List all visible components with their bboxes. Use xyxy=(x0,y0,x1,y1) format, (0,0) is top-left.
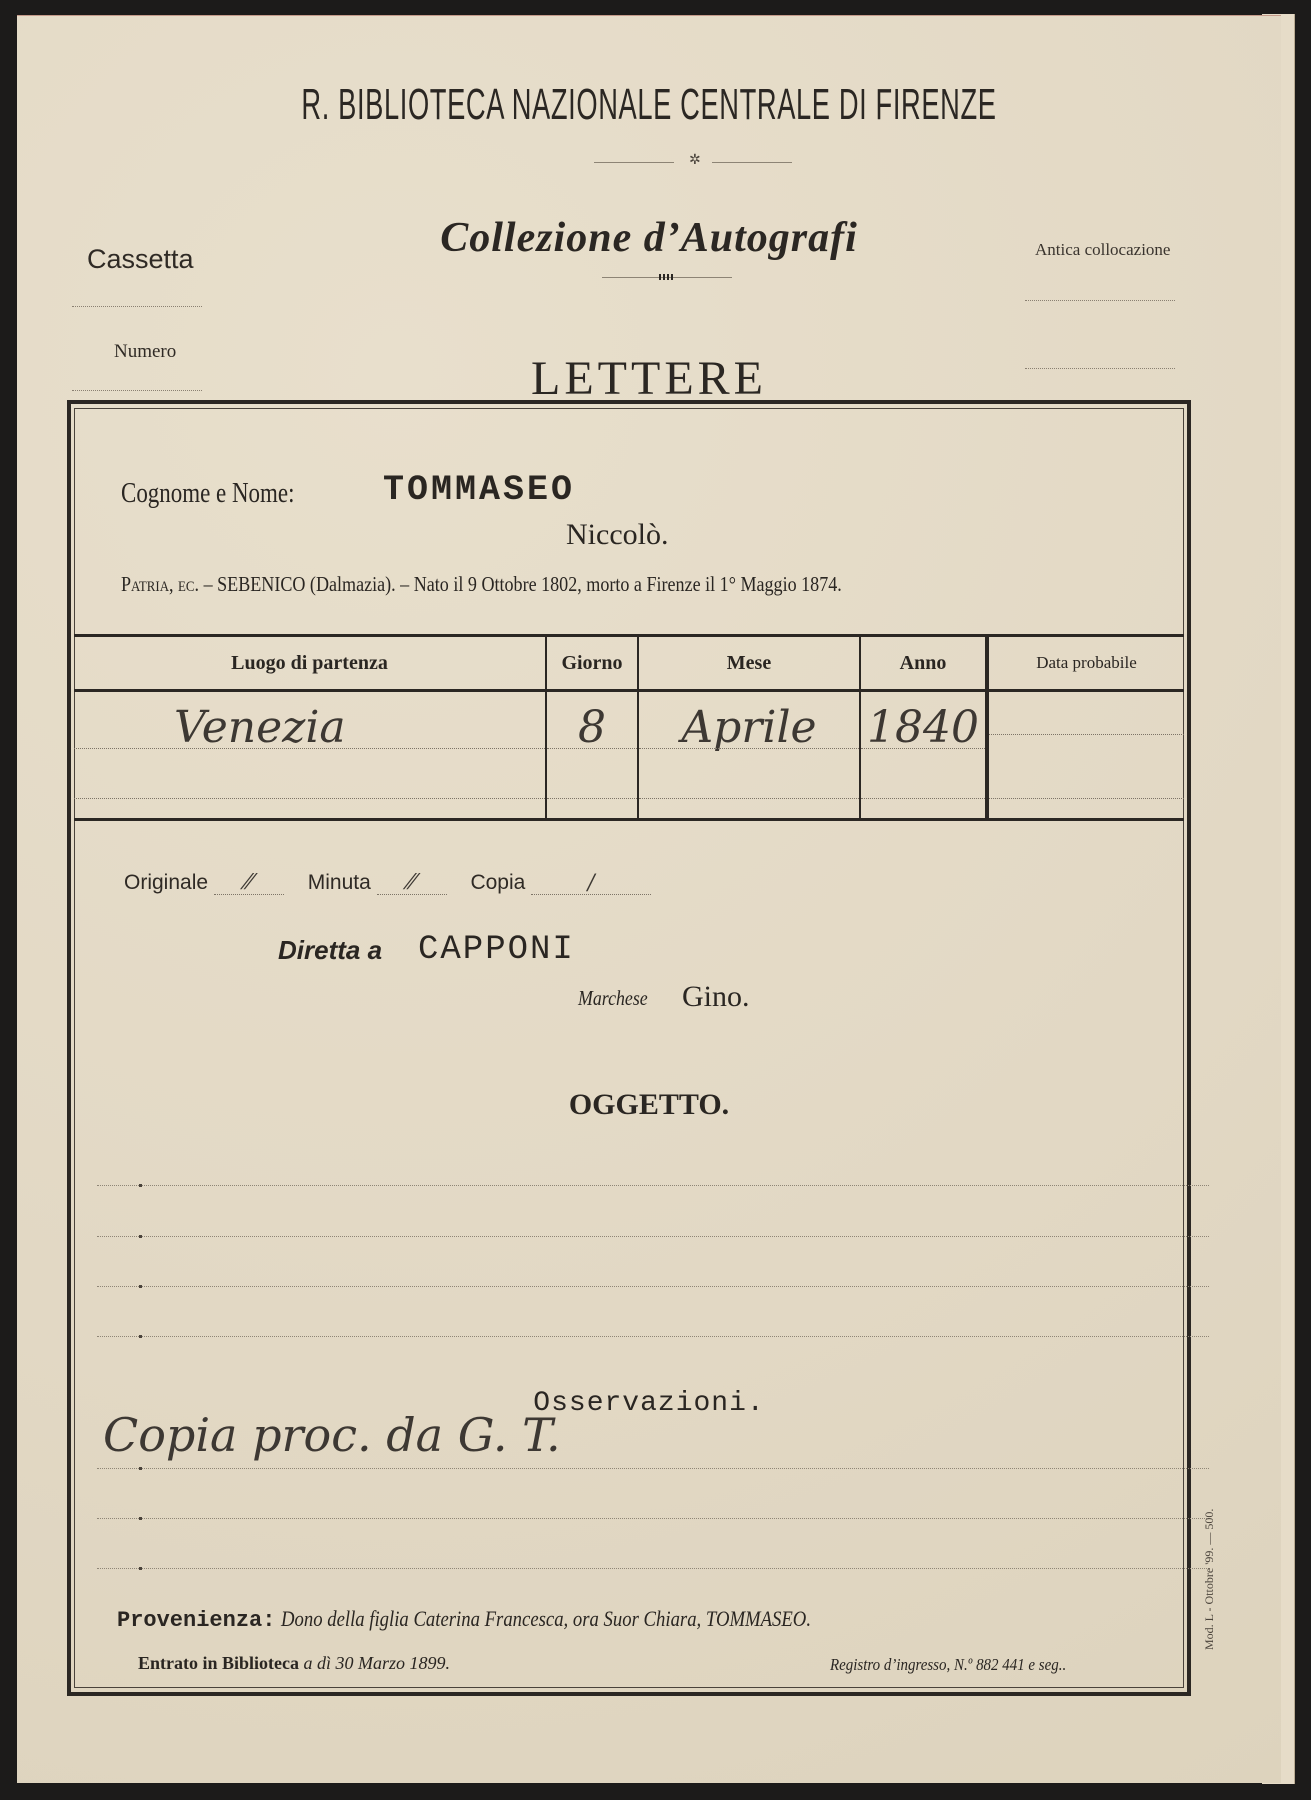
oggetto-heading: OGGETTO. xyxy=(17,1088,1281,1122)
institution-title: R. BIBLIOTECA NAZIONALE CENTRALE DI FIRE… xyxy=(257,80,1041,130)
osservazioni-line-2 xyxy=(97,1518,1209,1519)
anno-value: 1840 xyxy=(861,702,985,753)
copia-label: Copia xyxy=(470,871,525,894)
header-data-probabile: Data probabile xyxy=(987,636,1184,691)
author-surname: TOMMASEO xyxy=(383,470,575,510)
originale-label: Originale xyxy=(124,871,208,894)
author-given-name: Niccolò. xyxy=(566,518,668,552)
patria-value: – SEBENICO (Dalmazia). – Nato il 9 Ottob… xyxy=(204,572,842,596)
header-giorno: Giorno xyxy=(546,636,638,691)
antica-field-line-1 xyxy=(1025,300,1175,301)
header-mese: Mese xyxy=(638,636,860,691)
title-ornament: ✲ xyxy=(594,156,814,168)
luogo-value: Venezia xyxy=(174,702,545,753)
oggetto-line-1 xyxy=(97,1185,1209,1186)
patria-label: Patria, ec. xyxy=(121,572,199,596)
originale-value: ⁄⁄ xyxy=(214,870,284,895)
oggetto-line-3 xyxy=(97,1286,1209,1287)
osservazioni-handwritten: Copia proc. da G. T. xyxy=(103,1408,561,1462)
entrato-line: Entrato in Biblioteca a dì 30 Marzo 1899… xyxy=(138,1653,450,1674)
patria-line: Patria, ec. – SEBENICO (Dalmazia). – Nat… xyxy=(121,572,842,597)
oggetto-line-4 xyxy=(97,1336,1209,1337)
cell-anno: 1840 xyxy=(860,691,987,820)
dates-table: Luogo di partenza Giorno Mese Anno Data … xyxy=(74,634,1184,821)
collection-separator xyxy=(602,274,732,282)
header-luogo: Luogo di partenza xyxy=(74,636,546,691)
cell-mese: Aprile xyxy=(638,691,860,820)
header-anno: Anno xyxy=(860,636,987,691)
minuta-value: ⁄⁄ xyxy=(377,870,447,895)
osservazioni-line-1 xyxy=(97,1468,1209,1469)
entrato-value: a dì 30 Marzo 1899. xyxy=(304,1653,451,1673)
cell-data-probabile xyxy=(987,691,1184,820)
provenienza-line: Provenienza: Dono della figlia Caterina … xyxy=(117,1606,904,1633)
oggetto-line-2 xyxy=(97,1236,1209,1237)
recipient-surname: CAPPONI xyxy=(418,931,575,969)
provenienza-label: Provenienza: xyxy=(117,1608,275,1633)
antica-collocazione-label: Antica collocazione xyxy=(1035,240,1170,260)
giorno-value: 8 xyxy=(547,702,637,753)
dates-header-row: Luogo di partenza Giorno Mese Anno Data … xyxy=(74,636,1184,691)
cassetta-field-line xyxy=(72,306,202,307)
provenienza-value: Dono della figlia Caterina Francesca, or… xyxy=(281,1606,811,1632)
recipient-given-name: Gino. xyxy=(682,980,750,1014)
cell-giorno: 8 xyxy=(546,691,638,820)
registro-ingresso: Registro d’ingresso, N.º 882 441 e seg.. xyxy=(830,1655,1066,1675)
form-code: Mod. L - Ottobre '99. — 500. xyxy=(1202,1509,1217,1650)
record-frame-inner xyxy=(74,408,1184,1688)
document-type-line: Originale ⁄⁄ Minuta ⁄⁄ Copia / xyxy=(124,870,669,895)
mese-value: Aprile xyxy=(639,702,859,753)
category-title: LETTERE xyxy=(17,351,1281,406)
entrato-label: Entrato in Biblioteca xyxy=(138,1653,299,1673)
copia-value: / xyxy=(531,870,651,895)
recipient-title: Marchese xyxy=(578,986,648,1011)
recipient-label: Diretta a xyxy=(278,935,382,966)
osservazioni-line-3 xyxy=(97,1568,1209,1569)
name-label: Cognome e Nome: xyxy=(121,478,294,510)
dates-row: Venezia 8 Aprile 1840 xyxy=(74,691,1184,820)
ornament-icon: ✲ xyxy=(689,152,701,169)
cell-luogo: Venezia xyxy=(74,691,546,820)
minuta-label: Minuta xyxy=(308,871,371,894)
